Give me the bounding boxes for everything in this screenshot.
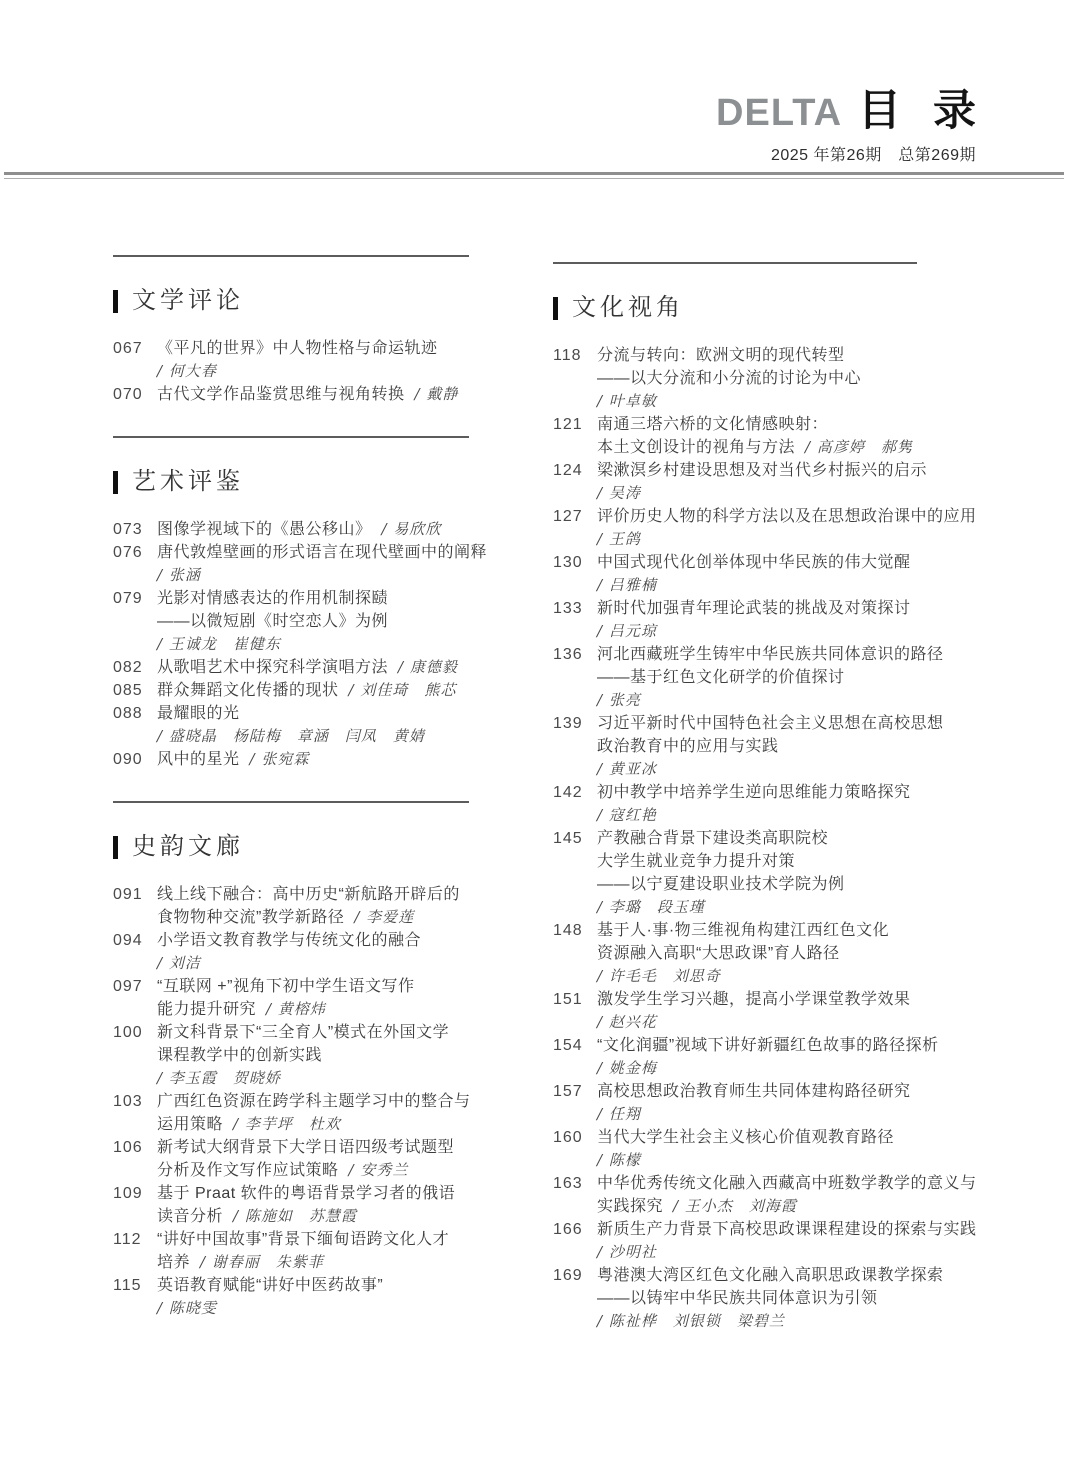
toc-entry: 169粤港澳大湾区红色文化融入高职思政课教学探索——以铸牢中华民族共同体意识为引… <box>553 1264 1023 1333</box>
article-title: 粤港澳大湾区红色文化融入高职思政课教学探索 <box>597 1267 944 1284</box>
article-title: 实践探究 <box>597 1198 663 1215</box>
entry-page-number: 079 <box>113 587 157 610</box>
article-title: ——基于红色文化研学的价值探讨 <box>597 669 845 686</box>
entry-lines: 基于人·事·物三维视角构建江西红色文化资源融入高职“大思政课”育人路径/ 许毛毛… <box>597 919 1023 988</box>
entry-page-number: 076 <box>113 541 157 564</box>
article-author: / 吴涛 <box>597 484 641 502</box>
entry-lines: “互联网 +”视角下初中学生语文写作能力提升研究/ 黄榕炜 <box>157 975 469 1021</box>
entry-lines: 梁漱溟乡村建设思想及对当代乡村振兴的启示/ 吴涛 <box>597 459 1023 505</box>
article-title: 最耀眼的光 <box>157 705 240 722</box>
entry-line: 分流与转向：欧洲文明的现代转型 <box>597 344 1023 367</box>
toc-entry: 090风中的星光/ 张宛霖 <box>113 748 469 771</box>
toc-entry: 160当代大学生社会主义核心价值观教育路径/ 陈檬 <box>553 1126 1023 1172</box>
entry-line: 梁漱溟乡村建设思想及对当代乡村振兴的启示 <box>597 459 1023 482</box>
article-author: / 张涵 <box>157 566 201 584</box>
toc-entry: 124梁漱溟乡村建设思想及对当代乡村振兴的启示/ 吴涛 <box>553 459 1023 505</box>
article-title: 广西红色资源在跨学科主题学习中的整合与 <box>157 1093 471 1110</box>
section-entries: 118分流与转向：欧洲文明的现代转型——以大分流和小分流的讨论为中心/ 叶卓敏1… <box>553 344 1023 1333</box>
entry-page-number: 073 <box>113 518 157 541</box>
entry-lines: 初中教学中培养学生逆向思维能力策略探究/ 寇红艳 <box>597 781 1023 827</box>
entry-line: 小学语文教育教学与传统文化的融合 <box>157 929 469 952</box>
entry-lines: 南通三塔六桥的文化情感映射：本土文创设计的视角与方法/ 高彦婷 郝隽 <box>597 413 1023 459</box>
toc-entry: 082从歌唱艺术中探究科学演唱方法/ 康德毅 <box>113 656 469 679</box>
article-title: 线上线下融合：高中历史“新航路开辟后的 <box>157 886 460 903</box>
toc-entry: 145产教融合背景下建设类高职院校大学生就业竞争力提升对策——以宁夏建设职业技术… <box>553 827 1023 919</box>
entry-page-number: 091 <box>113 883 157 906</box>
entry-page-number: 088 <box>113 702 157 725</box>
entry-line: 线上线下融合：高中历史“新航路开辟后的 <box>157 883 469 906</box>
toc-entry: 100新文科背景下“三全育人”模式在外国文学课程教学中的创新实践/ 李玉霞 贺晓… <box>113 1021 469 1090</box>
entry-page-number: 112 <box>113 1228 157 1251</box>
entry-line: 最耀眼的光 <box>157 702 469 725</box>
toc-entry: 109基于 Praat 软件的粤语背景学习者的俄语读音分析/ 陈施如 苏慧霞 <box>113 1182 469 1228</box>
section-entries: 073图像学视域下的《愚公移山》/ 易欣欣076唐代敦煌壁画的形式语言在现代壁画… <box>113 518 469 771</box>
entry-line: 食物物种交流”教学新路径/ 李爱莲 <box>157 906 469 929</box>
article-title: 图像学视域下的《愚公移山》 <box>157 521 372 538</box>
entry-line: 基于 Praat 软件的粤语背景学习者的俄语 <box>157 1182 469 1205</box>
entry-lines: 光影对情感表达的作用机制探赜——以微短剧《时空恋人》为例/ 王诚龙 崔健东 <box>157 587 469 656</box>
toc-entry: 139习近平新时代中国特色社会主义思想在高校思想政治教育中的应用与实践/ 黄亚冰 <box>553 712 1023 781</box>
entry-page-number: 090 <box>113 748 157 771</box>
article-title: “互联网 +”视角下初中学生语文写作 <box>157 978 414 995</box>
entry-lines: 线上线下融合：高中历史“新航路开辟后的食物物种交流”教学新路径/ 李爱莲 <box>157 883 469 929</box>
section-title: 文化视角 <box>572 292 684 324</box>
toc-entry: 085群众舞蹈文化传播的现状/ 刘佳琦 熊芯 <box>113 679 469 702</box>
toc-entry: 091线上线下融合：高中历史“新航路开辟后的食物物种交流”教学新路径/ 李爱莲 <box>113 883 469 929</box>
entry-line: / 姚金梅 <box>597 1057 1023 1080</box>
toc-entry: 151激发学生学习兴趣，提高小学课堂教学效果/ 赵兴花 <box>553 988 1023 1034</box>
article-title: ——以大分流和小分流的讨论为中心 <box>597 370 861 387</box>
article-author: / 李芋坪 杜欢 <box>233 1115 341 1133</box>
entry-page-number: 139 <box>553 712 597 735</box>
entry-line: 课程教学中的创新实践 <box>157 1044 469 1067</box>
toc-entry: 163中华优秀传统文化融入西藏高中班数学教学的意义与实践探究/ 王小杰 刘海霞 <box>553 1172 1023 1218</box>
entry-page-number: 097 <box>113 975 157 998</box>
section-heading: 文化视角 <box>553 292 1023 324</box>
entry-page-number: 145 <box>553 827 597 850</box>
article-author: / 陈施如 苏慧霞 <box>233 1207 357 1225</box>
page-title: 目 录 <box>858 90 986 133</box>
article-author: / 寇红艳 <box>597 806 657 824</box>
entry-line: 大学生就业竞争力提升对策 <box>597 850 1023 873</box>
article-author: / 康德毅 <box>398 658 458 676</box>
section-title: 艺术评鉴 <box>132 466 244 498</box>
toc-entry: 118分流与转向：欧洲文明的现代转型——以大分流和小分流的讨论为中心/ 叶卓敏 <box>553 344 1023 413</box>
entry-page-number: 124 <box>553 459 597 482</box>
entry-page-number: 127 <box>553 505 597 528</box>
entry-lines: 当代大学生社会主义核心价值观教育路径/ 陈檬 <box>597 1126 1023 1172</box>
article-title: 新文科背景下“三全育人”模式在外国文学 <box>157 1024 449 1041</box>
toc-column-left: 文学评论067《平凡的世界》中人物性格与命运轨迹/ 何大春070古代文学作品鉴赏… <box>113 255 469 1350</box>
entry-line: / 王鸽 <box>597 528 1023 551</box>
article-title: 高校思想政治教育师生共同体建构路径研究 <box>597 1083 911 1100</box>
entry-line: 英语教育赋能“讲好中医药故事” <box>157 1274 469 1297</box>
entry-lines: 粤港澳大湾区红色文化融入高职思政课教学探索——以铸牢中华民族共同体意识为引领/ … <box>597 1264 1023 1333</box>
section-marker-icon <box>553 297 558 320</box>
entry-line: 分析及作文写作应试策略/ 安秀兰 <box>157 1159 469 1182</box>
article-author: / 谢春丽 朱紫菲 <box>200 1253 324 1271</box>
toc-entry: 121南通三塔六桥的文化情感映射：本土文创设计的视角与方法/ 高彦婷 郝隽 <box>553 413 1023 459</box>
toc-entry: 103广西红色资源在跨学科主题学习中的整合与运用策略/ 李芋坪 杜欢 <box>113 1090 469 1136</box>
entry-lines: 最耀眼的光/ 盛晓晶 杨陆梅 章涵 闫凤 黄婧 <box>157 702 469 748</box>
entry-line: 中华优秀传统文化融入西藏高中班数学教学的意义与 <box>597 1172 1023 1195</box>
entry-lines: 新质生产力背景下高校思政课课程建设的探索与实践/ 沙明社 <box>597 1218 1023 1264</box>
entry-line: 古代文学作品鉴赏思维与视角转换/ 戴静 <box>157 383 469 406</box>
entry-page-number: 160 <box>553 1126 597 1149</box>
entry-page-number: 151 <box>553 988 597 1011</box>
entry-lines: 英语教育赋能“讲好中医药故事”/ 陈晓雯 <box>157 1274 469 1320</box>
entry-line: ——基于红色文化研学的价值探讨 <box>597 666 1023 689</box>
article-author: / 易欣欣 <box>382 520 442 538</box>
toc-entry: 115英语教育赋能“讲好中医药故事”/ 陈晓雯 <box>113 1274 469 1320</box>
article-title: 中华优秀传统文化融入西藏高中班数学教学的意义与 <box>597 1175 977 1192</box>
article-title: 读音分析 <box>157 1208 223 1225</box>
entry-line: 评价历史人物的科学方法以及在思想政治课中的应用 <box>597 505 1023 528</box>
entry-lines: 产教融合背景下建设类高职院校大学生就业竞争力提升对策——以宁夏建设职业技术学院为… <box>597 827 1023 919</box>
entry-line: / 陈晓雯 <box>157 1297 469 1320</box>
entry-page-number: 082 <box>113 656 157 679</box>
entry-line: 光影对情感表达的作用机制探赜 <box>157 587 469 610</box>
entry-page-number: 148 <box>553 919 597 942</box>
toc-entry: 067《平凡的世界》中人物性格与命运轨迹/ 何大春 <box>113 337 469 383</box>
toc-column-right: 文化视角118分流与转向：欧洲文明的现代转型——以大分流和小分流的讨论为中心/ … <box>553 262 1023 1363</box>
article-author: / 刘佳琦 熊芯 <box>349 681 457 699</box>
entry-line: / 陈祉桦 刘银锁 梁碧兰 <box>597 1310 1023 1333</box>
article-author: / 盛晓晶 杨陆梅 章涵 闫凤 黄婧 <box>157 727 425 745</box>
entry-page-number: 136 <box>553 643 597 666</box>
section-title: 文学评论 <box>132 285 244 317</box>
article-title: 大学生就业竞争力提升对策 <box>597 853 795 870</box>
article-author: / 李爱莲 <box>354 908 414 926</box>
article-author: / 姚金梅 <box>597 1059 657 1077</box>
entry-lines: 古代文学作品鉴赏思维与视角转换/ 戴静 <box>157 383 469 406</box>
article-title: 基于人·事·物三维视角构建江西红色文化 <box>597 922 889 939</box>
article-author: / 张亮 <box>597 691 641 709</box>
entry-lines: 习近平新时代中国特色社会主义思想在高校思想政治教育中的应用与实践/ 黄亚冰 <box>597 712 1023 781</box>
article-author: / 吕雅楠 <box>597 576 657 594</box>
entry-line: / 寇红艳 <box>597 804 1023 827</box>
entry-line: “讲好中国故事”背景下缅甸语跨文化人才 <box>157 1228 469 1251</box>
entry-line: 习近平新时代中国特色社会主义思想在高校思想 <box>597 712 1023 735</box>
article-author: / 刘洁 <box>157 954 201 972</box>
entry-line: 资源融入高职“大思政课”育人路径 <box>597 942 1023 965</box>
header-divider-thick-line <box>4 172 1064 175</box>
entry-line: / 沙明社 <box>597 1241 1023 1264</box>
entry-page-number: 163 <box>553 1172 597 1195</box>
entry-lines: 《平凡的世界》中人物性格与命运轨迹/ 何大春 <box>157 337 469 383</box>
entry-line: 从歌唱艺术中探究科学演唱方法/ 康德毅 <box>157 656 469 679</box>
article-author: / 高彦婷 郝隽 <box>805 438 913 456</box>
entry-line: / 黄亚冰 <box>597 758 1023 781</box>
entry-line: ——以微短剧《时空恋人》为例 <box>157 610 469 633</box>
entry-page-number: 130 <box>553 551 597 574</box>
delta-logo: DELTA <box>716 94 842 132</box>
article-title: 小学语文教育教学与传统文化的融合 <box>157 932 421 949</box>
entry-page-number: 133 <box>553 597 597 620</box>
toc-entry: 142初中教学中培养学生逆向思维能力策略探究/ 寇红艳 <box>553 781 1023 827</box>
article-title: 产教融合背景下建设类高职院校 <box>597 830 828 847</box>
article-author: / 戴静 <box>415 385 459 403</box>
entry-line: 高校思想政治教育师生共同体建构路径研究 <box>597 1080 1023 1103</box>
article-title: 南通三塔六桥的文化情感映射： <box>597 416 828 433</box>
article-author: / 沙明社 <box>597 1243 657 1261</box>
article-author: / 陈晓雯 <box>157 1299 217 1317</box>
entry-line: 唐代敦煌壁画的形式语言在现代壁画中的阐释 <box>157 541 469 564</box>
entry-lines: 广西红色资源在跨学科主题学习中的整合与运用策略/ 李芋坪 杜欢 <box>157 1090 469 1136</box>
article-title: “讲好中国故事”背景下缅甸语跨文化人才 <box>157 1231 449 1248</box>
entry-lines: 基于 Praat 软件的粤语背景学习者的俄语读音分析/ 陈施如 苏慧霞 <box>157 1182 469 1228</box>
entry-line: / 李璐 段玉瑾 <box>597 896 1023 919</box>
entry-page-number: 109 <box>113 1182 157 1205</box>
article-title: 基于 Praat 软件的粤语背景学习者的俄语 <box>157 1185 455 1202</box>
toc-entry: 136河北西藏班学生铸牢中华民族共同体意识的路径——基于红色文化研学的价值探讨/… <box>553 643 1023 712</box>
section-divider <box>113 255 469 257</box>
entry-page-number: 121 <box>553 413 597 436</box>
article-title: 新考试大纲背景下大学日语四级考试题型 <box>157 1139 454 1156</box>
entry-line: / 陈檬 <box>597 1149 1023 1172</box>
entry-line: / 盛晓晶 杨陆梅 章涵 闫凤 黄婧 <box>157 725 469 748</box>
toc-section: 文化视角118分流与转向：欧洲文明的现代转型——以大分流和小分流的讨论为中心/ … <box>553 262 1023 1333</box>
article-title: 分析及作文写作应试策略 <box>157 1162 339 1179</box>
article-author: / 吕元琼 <box>597 622 657 640</box>
section-entries: 067《平凡的世界》中人物性格与命运轨迹/ 何大春070古代文学作品鉴赏思维与视… <box>113 337 469 406</box>
article-author: / 任翔 <box>597 1105 641 1123</box>
entry-line: / 张涵 <box>157 564 469 587</box>
article-author: / 张宛霖 <box>250 750 310 768</box>
entry-line: 激发学生学习兴趣，提高小学课堂教学效果 <box>597 988 1023 1011</box>
entry-lines: 分流与转向：欧洲文明的现代转型——以大分流和小分流的讨论为中心/ 叶卓敏 <box>597 344 1023 413</box>
entry-line: 中国式现代化创举体现中华民族的伟大觉醒 <box>597 551 1023 574</box>
entry-lines: 新文科背景下“三全育人”模式在外国文学课程教学中的创新实践/ 李玉霞 贺晓娇 <box>157 1021 469 1090</box>
entry-line: / 李玉霞 贺晓娇 <box>157 1067 469 1090</box>
entry-lines: 群众舞蹈文化传播的现状/ 刘佳琦 熊芯 <box>157 679 469 702</box>
entry-line: 读音分析/ 陈施如 苏慧霞 <box>157 1205 469 1228</box>
entry-lines: 新时代加强青年理论武装的挑战及对策探讨/ 吕元琼 <box>597 597 1023 643</box>
article-title: 激发学生学习兴趣，提高小学课堂教学效果 <box>597 991 911 1008</box>
article-author: / 陈檬 <box>597 1151 641 1169</box>
article-author: / 黄亚冰 <box>597 760 657 778</box>
article-title: 政治教育中的应用与实践 <box>597 738 779 755</box>
entry-lines: 从歌唱艺术中探究科学演唱方法/ 康德毅 <box>157 656 469 679</box>
entry-line: 风中的星光/ 张宛霖 <box>157 748 469 771</box>
article-title: 课程教学中的创新实践 <box>157 1047 322 1064</box>
article-author: / 王小杰 刘海霞 <box>673 1197 797 1215</box>
article-author: / 李玉霞 贺晓娇 <box>157 1069 281 1087</box>
section-divider <box>113 801 469 803</box>
entry-line: / 叶卓敏 <box>597 390 1023 413</box>
article-author: / 黄榕炜 <box>266 1000 326 1018</box>
brand-row: DELTA 目 录 <box>716 90 976 133</box>
toc-entry: 166新质生产力背景下高校思政课课程建设的探索与实践/ 沙明社 <box>553 1218 1023 1264</box>
article-title: 评价历史人物的科学方法以及在思想政治课中的应用 <box>597 508 977 525</box>
entry-line: / 赵兴花 <box>597 1011 1023 1034</box>
entry-line: / 任翔 <box>597 1103 1023 1126</box>
entry-page-number: 103 <box>113 1090 157 1113</box>
article-title: 古代文学作品鉴赏思维与视角转换 <box>157 386 405 403</box>
entry-line: ——以宁夏建设职业技术学院为例 <box>597 873 1023 896</box>
entry-lines: 唐代敦煌壁画的形式语言在现代壁画中的阐释/ 张涵 <box>157 541 469 587</box>
entry-line: 当代大学生社会主义核心价值观教育路径 <box>597 1126 1023 1149</box>
entry-lines: 图像学视域下的《愚公移山》/ 易欣欣 <box>157 518 469 541</box>
article-title: 光影对情感表达的作用机制探赜 <box>157 590 388 607</box>
entry-page-number: 166 <box>553 1218 597 1241</box>
entry-line: 图像学视域下的《愚公移山》/ 易欣欣 <box>157 518 469 541</box>
section-heading: 文学评论 <box>113 285 469 317</box>
entry-line: / 吕元琼 <box>597 620 1023 643</box>
page-header: DELTA 目 录 2025 年第26期 总第269期 <box>716 90 976 165</box>
article-title: 《平凡的世界》中人物性格与命运轨迹 <box>157 340 438 357</box>
entry-line: 河北西藏班学生铸牢中华民族共同体意识的路径 <box>597 643 1023 666</box>
entry-line: “文化润疆”视域下讲好新疆红色故事的路径探析 <box>597 1034 1023 1057</box>
section-divider <box>113 436 469 438</box>
entry-line: 培养/ 谢春丽 朱紫菲 <box>157 1251 469 1274</box>
entry-line: / 吴涛 <box>597 482 1023 505</box>
entry-lines: “讲好中国故事”背景下缅甸语跨文化人才培养/ 谢春丽 朱紫菲 <box>157 1228 469 1274</box>
article-title: 能力提升研究 <box>157 1001 256 1018</box>
entry-page-number: 118 <box>553 344 597 367</box>
toc-entry: 079光影对情感表达的作用机制探赜——以微短剧《时空恋人》为例/ 王诚龙 崔健东 <box>113 587 469 656</box>
toc-section: 艺术评鉴073图像学视域下的《愚公移山》/ 易欣欣076唐代敦煌壁画的形式语言在… <box>113 436 469 771</box>
section-heading: 史韵文廊 <box>113 831 469 863</box>
article-title: 梁漱溟乡村建设思想及对当代乡村振兴的启示 <box>597 462 927 479</box>
entry-line: / 刘洁 <box>157 952 469 975</box>
toc-entry: 094小学语文教育教学与传统文化的融合/ 刘洁 <box>113 929 469 975</box>
toc-entry: 154“文化润疆”视域下讲好新疆红色故事的路径探析/ 姚金梅 <box>553 1034 1023 1080</box>
entry-line: / 张亮 <box>597 689 1023 712</box>
article-author: / 赵兴花 <box>597 1013 657 1031</box>
toc-entry: 088最耀眼的光/ 盛晓晶 杨陆梅 章涵 闫凤 黄婧 <box>113 702 469 748</box>
toc-entry: 127评价历史人物的科学方法以及在思想政治课中的应用/ 王鸽 <box>553 505 1023 551</box>
entry-line: ——以铸牢中华民族共同体意识为引领 <box>597 1287 1023 1310</box>
article-author: / 陈祉桦 刘银锁 梁碧兰 <box>597 1312 785 1330</box>
entry-lines: 新考试大纲背景下大学日语四级考试题型分析及作文写作应试策略/ 安秀兰 <box>157 1136 469 1182</box>
article-title: 运用策略 <box>157 1116 223 1133</box>
article-title: 从歌唱艺术中探究科学演唱方法 <box>157 659 388 676</box>
toc-section: 文学评论067《平凡的世界》中人物性格与命运轨迹/ 何大春070古代文学作品鉴赏… <box>113 255 469 406</box>
entry-lines: 评价历史人物的科学方法以及在思想政治课中的应用/ 王鸽 <box>597 505 1023 551</box>
entry-lines: 风中的星光/ 张宛霖 <box>157 748 469 771</box>
article-title: 河北西藏班学生铸牢中华民族共同体意识的路径 <box>597 646 944 663</box>
toc-entry: 148基于人·事·物三维视角构建江西红色文化资源融入高职“大思政课”育人路径/ … <box>553 919 1023 988</box>
article-title: “文化润疆”视域下讲好新疆红色故事的路径探析 <box>597 1037 939 1054</box>
toc-entry: 130中国式现代化创举体现中华民族的伟大觉醒/ 吕雅楠 <box>553 551 1023 597</box>
entry-page-number: 100 <box>113 1021 157 1044</box>
section-title: 史韵文廊 <box>132 831 244 863</box>
article-author: / 王诚龙 崔健东 <box>157 635 281 653</box>
entry-line: 基于人·事·物三维视角构建江西红色文化 <box>597 919 1023 942</box>
article-title: ——以宁夏建设职业技术学院为例 <box>597 876 845 893</box>
article-title: 本土文创设计的视角与方法 <box>597 439 795 456</box>
article-title: 资源融入高职“大思政课”育人路径 <box>597 945 840 962</box>
entry-line: 新质生产力背景下高校思政课课程建设的探索与实践 <box>597 1218 1023 1241</box>
entry-page-number: 154 <box>553 1034 597 1057</box>
entry-page-number: 094 <box>113 929 157 952</box>
entry-lines: 中国式现代化创举体现中华民族的伟大觉醒/ 吕雅楠 <box>597 551 1023 597</box>
toc-section: 史韵文廊091线上线下融合：高中历史“新航路开辟后的食物物种交流”教学新路径/ … <box>113 801 469 1320</box>
toc-entry: 073图像学视域下的《愚公移山》/ 易欣欣 <box>113 518 469 541</box>
entry-page-number: 085 <box>113 679 157 702</box>
section-marker-icon <box>113 836 118 859</box>
entry-lines: 中华优秀传统文化融入西藏高中班数学教学的意义与实践探究/ 王小杰 刘海霞 <box>597 1172 1023 1218</box>
section-divider <box>553 262 917 264</box>
article-author: / 许毛毛 刘思奇 <box>597 967 721 985</box>
article-author: / 李璐 段玉瑾 <box>597 898 705 916</box>
toc-entry: 133新时代加强青年理论武装的挑战及对策探讨/ 吕元琼 <box>553 597 1023 643</box>
header-divider-thin-line <box>4 178 1064 179</box>
entry-line: 新文科背景下“三全育人”模式在外国文学 <box>157 1021 469 1044</box>
entry-line: 政治教育中的应用与实践 <box>597 735 1023 758</box>
entry-line: 粤港澳大湾区红色文化融入高职思政课教学探索 <box>597 1264 1023 1287</box>
entry-lines: “文化润疆”视域下讲好新疆红色故事的路径探析/ 姚金梅 <box>597 1034 1023 1080</box>
article-title: 英语教育赋能“讲好中医药故事” <box>157 1277 383 1294</box>
entry-line: 实践探究/ 王小杰 刘海霞 <box>597 1195 1023 1218</box>
toc-page: DELTA 目 录 2025 年第26期 总第269期 文学评论067《平凡的世… <box>0 0 1080 1460</box>
entry-line: 本土文创设计的视角与方法/ 高彦婷 郝隽 <box>597 436 1023 459</box>
toc-entry: 070古代文学作品鉴赏思维与视角转换/ 戴静 <box>113 383 469 406</box>
toc-entry: 076唐代敦煌壁画的形式语言在现代壁画中的阐释/ 张涵 <box>113 541 469 587</box>
entry-page-number: 070 <box>113 383 157 406</box>
toc-entry: 157高校思想政治教育师生共同体建构路径研究/ 任翔 <box>553 1080 1023 1126</box>
entry-line: 《平凡的世界》中人物性格与命运轨迹 <box>157 337 469 360</box>
article-author: / 安秀兰 <box>349 1161 409 1179</box>
article-author: / 叶卓敏 <box>597 392 657 410</box>
article-author: / 何大春 <box>157 362 217 380</box>
entry-lines: 小学语文教育教学与传统文化的融合/ 刘洁 <box>157 929 469 975</box>
entry-page-number: 142 <box>553 781 597 804</box>
entry-line: 运用策略/ 李芋坪 杜欢 <box>157 1113 469 1136</box>
entry-line: ——以大分流和小分流的讨论为中心 <box>597 367 1023 390</box>
entry-page-number: 115 <box>113 1274 157 1297</box>
article-title: 初中教学中培养学生逆向思维能力策略探究 <box>597 784 911 801</box>
entry-line: / 王诚龙 崔健东 <box>157 633 469 656</box>
article-title: 培养 <box>157 1254 190 1271</box>
entry-line: / 许毛毛 刘思奇 <box>597 965 1023 988</box>
toc-entry: 112“讲好中国故事”背景下缅甸语跨文化人才培养/ 谢春丽 朱紫菲 <box>113 1228 469 1274</box>
entry-line: “互联网 +”视角下初中学生语文写作 <box>157 975 469 998</box>
issue-info: 2025 年第26期 总第269期 <box>716 142 976 165</box>
entry-line: 广西红色资源在跨学科主题学习中的整合与 <box>157 1090 469 1113</box>
article-title: 食物物种交流”教学新路径 <box>157 909 344 926</box>
entry-line: 初中教学中培养学生逆向思维能力策略探究 <box>597 781 1023 804</box>
section-marker-icon <box>113 471 118 494</box>
entry-lines: 河北西藏班学生铸牢中华民族共同体意识的路径——基于红色文化研学的价值探讨/ 张亮 <box>597 643 1023 712</box>
entry-line: 产教融合背景下建设类高职院校 <box>597 827 1023 850</box>
entry-line: 群众舞蹈文化传播的现状/ 刘佳琦 熊芯 <box>157 679 469 702</box>
entry-page-number: 067 <box>113 337 157 360</box>
entry-line: 能力提升研究/ 黄榕炜 <box>157 998 469 1021</box>
entry-page-number: 157 <box>553 1080 597 1103</box>
article-title: 唐代敦煌壁画的形式语言在现代壁画中的阐释 <box>157 544 487 561</box>
entry-line: 南通三塔六桥的文化情感映射： <box>597 413 1023 436</box>
article-title: 中国式现代化创举体现中华民族的伟大觉醒 <box>597 554 911 571</box>
article-title: ——以微短剧《时空恋人》为例 <box>157 613 388 630</box>
entry-page-number: 169 <box>553 1264 597 1287</box>
toc-entry: 106新考试大纲背景下大学日语四级考试题型分析及作文写作应试策略/ 安秀兰 <box>113 1136 469 1182</box>
entry-line: 新考试大纲背景下大学日语四级考试题型 <box>157 1136 469 1159</box>
article-title: 分流与转向：欧洲文明的现代转型 <box>597 347 845 364</box>
article-title: 当代大学生社会主义核心价值观教育路径 <box>597 1129 894 1146</box>
article-title: 新质生产力背景下高校思政课课程建设的探索与实践 <box>597 1221 977 1238</box>
article-title: 风中的星光 <box>157 751 240 768</box>
article-title: ——以铸牢中华民族共同体意识为引领 <box>597 1290 878 1307</box>
section-marker-icon <box>113 290 118 313</box>
entry-line: 新时代加强青年理论武装的挑战及对策探讨 <box>597 597 1023 620</box>
entry-page-number: 106 <box>113 1136 157 1159</box>
entry-line: / 吕雅楠 <box>597 574 1023 597</box>
toc-entry: 097“互联网 +”视角下初中学生语文写作能力提升研究/ 黄榕炜 <box>113 975 469 1021</box>
entry-lines: 高校思想政治教育师生共同体建构路径研究/ 任翔 <box>597 1080 1023 1126</box>
article-title: 新时代加强青年理论武装的挑战及对策探讨 <box>597 600 911 617</box>
